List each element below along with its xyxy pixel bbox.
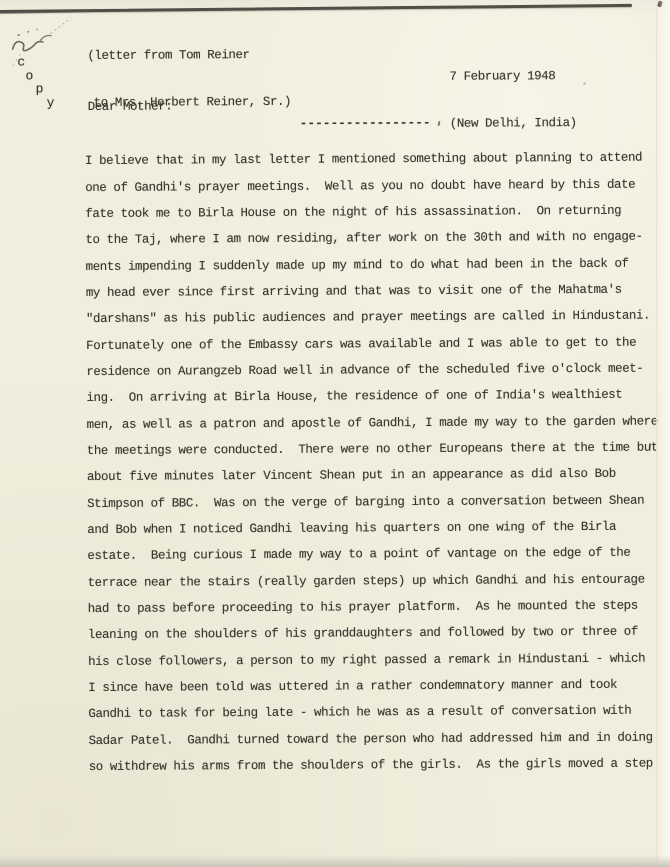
body-line: I believe that in my last letter I menti… — [85, 145, 660, 175]
typed-layer: c o p y (letter from Tom Reiner to Mrs. … — [0, 0, 670, 867]
body-line: "darshans" as his public audiences and p… — [86, 303, 661, 333]
body-line: about five minutes later Vincent Shean p… — [87, 461, 662, 491]
body-line: Sadar Patel. Gandhi turned toward the pe… — [88, 724, 663, 754]
body-line: residence on Aurangzeb Road well in adva… — [86, 355, 661, 385]
body-line: one of Gandhi's prayer meetings. Well as… — [85, 171, 660, 201]
date-line: 7 February 1948 — [449, 69, 576, 85]
dash-divider: ----------------- — [300, 116, 431, 131]
body-line: the meetings were conducted. There were … — [87, 434, 662, 464]
body-line: and Bob when I noticed Gandhi leaving hi… — [87, 513, 662, 543]
body-line: his close followers, a person to my righ… — [88, 645, 663, 675]
letter-body: I believe that in my last letter I menti… — [85, 145, 664, 781]
scan-right-paper-edge — [656, 0, 670, 867]
copy-mark-letter-y: y — [47, 95, 55, 110]
body-line: men, as well as a patron and apostle of … — [87, 408, 662, 438]
salutation: Dear Mother: — [88, 99, 173, 114]
letter-page: c o p y (letter from Tom Reiner to Mrs. … — [0, 0, 670, 867]
place-line: (New Delhi, India) — [450, 116, 577, 132]
header-note-line1: (letter from Tom Reiner — [87, 48, 291, 65]
body-line: ing. On arriving at Birla House, the res… — [86, 382, 661, 412]
body-line: fate took me to Birla House on the night… — [85, 197, 660, 227]
body-line: had to pass before proceeding to his pra… — [88, 592, 663, 622]
body-line: so withdrew his arms from the shoulders … — [89, 750, 664, 780]
body-line: Gandhi to task for being late - which he… — [88, 698, 663, 728]
body-line: leaning on the shoulders of his granddau… — [88, 619, 663, 649]
copy-mark-letter-o: o — [25, 68, 33, 83]
scan-bottom-edge — [0, 855, 670, 867]
body-line: I since have been told was uttered in a … — [88, 671, 663, 701]
header-note: (letter from Tom Reiner to Mrs. Herbert … — [87, 17, 291, 142]
date-block: 7 February 1948 (New Delhi, India) — [449, 38, 577, 163]
body-line: to the Taj, where I am now residing, aft… — [85, 224, 660, 254]
body-line: my head ever since first arriving and th… — [86, 276, 661, 306]
copy-mark-letter-c: c — [17, 54, 25, 69]
body-line: Stimpson of BBC. Was on the verge of bar… — [87, 487, 662, 517]
copy-mark-letter-p: p — [36, 81, 44, 96]
ink-speck — [583, 82, 586, 85]
body-line: Fortunately one of the Embassy cars was … — [86, 329, 661, 359]
body-line: estate. Being curious I made my way to a… — [87, 540, 662, 570]
body-line: terrace near the stairs (really garden s… — [88, 566, 663, 596]
body-line: ments impending I suddenly made up my mi… — [86, 250, 661, 280]
